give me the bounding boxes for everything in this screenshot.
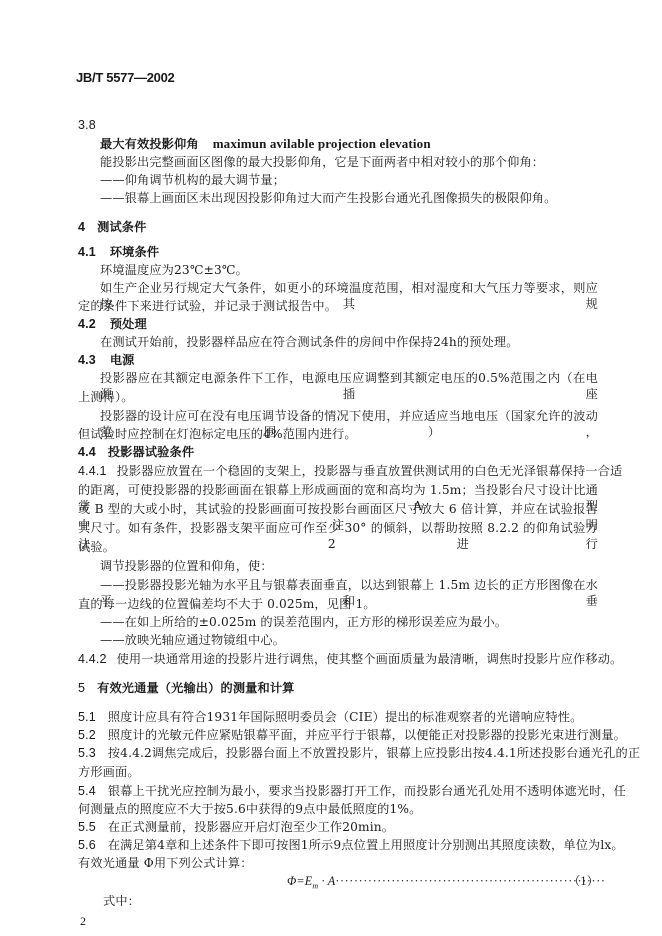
clause-4-4-2: 4.4.2使用一块通常用途的投影片进行调焦，使其整个画面质量为最清晰，调焦时投影…	[78, 651, 622, 667]
term-en: maximun avilable projection elevation	[213, 136, 431, 151]
dash-item: ——放映光轴应通过物镜组中心。	[100, 632, 285, 648]
document-code: JB/T 5577—2002	[76, 70, 174, 86]
formula-leader-dots: ········································…	[335, 874, 605, 888]
page-number: 2	[80, 913, 86, 929]
clause-number: 5.3	[78, 746, 96, 760]
section-title: 测试条件	[97, 220, 146, 234]
paragraph-line: 有效光通量 Φ用下列公式计算：	[78, 855, 253, 871]
dash-item-line: 直的每一边线的位置偏差均不大于 0.025m，见图 1。	[78, 596, 376, 612]
paragraph-line: 上测得）。	[78, 389, 134, 405]
paragraph-line: 银幕上干扰光应控制为最小，要求当投影器打开工作，而投影台通光孔处用不透明体遮光时…	[108, 784, 626, 798]
paragraph: 环境温度应为23℃±3℃。	[100, 262, 248, 278]
clause-5-1: 5.1照度计应具有符合1931年国际照明委员会（CIE）提出的标准观察者的光谱响…	[78, 709, 582, 725]
clause-heading-4-2: 4.2预处理	[78, 316, 147, 332]
clause-title: 电源	[110, 353, 135, 367]
section-title: 有效光通量（光输出）的测量和计算	[97, 681, 294, 695]
dash-item: ——在如上所给的±0.025m 的误差范围内，正方形的梯形误差应为最小。	[100, 614, 507, 630]
paragraph-line: 试验。	[78, 539, 115, 555]
paragraph-line: 何测量点的照度应不大于按5.6中获得的9点中最低照度的1%。	[78, 801, 421, 817]
section-number: 4	[78, 220, 85, 234]
paragraph: 调节投影器的位置和仰角，使：	[100, 558, 273, 574]
paragraph-line: 投影器应放置在一个稳固的支架上，投影器与垂直放置供测试用的白色无光泽银幕保持一合…	[117, 464, 623, 478]
paragraph: 照度计应具有符合1931年国际照明委员会（CIE）提出的标准观察者的光谱响应特性…	[108, 710, 583, 724]
clause-number: 4.1	[78, 245, 96, 259]
clause-5-4: 5.4银幕上干扰光应控制为最小，要求当投影器打开工作，而投影台通光孔处用不透明体…	[78, 783, 626, 799]
paragraph-line: 方形画面。	[78, 764, 140, 780]
clause-heading-4-4: 4.4投影器试验条件	[78, 444, 194, 460]
clause-heading-4-3: 4.3电源	[78, 352, 135, 368]
clause-5-5: 5.5在正式测量前，投影器应开启灯泡至少工作20min。	[78, 819, 394, 835]
paragraph-line: 但试验时应控制在灯泡标定电压的4%范围内进行。	[78, 426, 357, 442]
equation-number: （1）	[568, 873, 599, 889]
paragraph-line: 在满足第4章和上述条件下即可按图1所示9点位置上用照度计分别测出其照度读数，单位…	[108, 838, 624, 852]
clause-5-2: 5.2照度计的光敏元件应紧贴银幕平面，并应平行于银幕，以便能正对投影器的投影光束…	[78, 727, 626, 743]
clause-number: 4.3	[78, 353, 96, 367]
definition-item-1: ——仰角调节机构的最大调节量；	[100, 172, 285, 188]
paragraph-line: 其尺寸。如有条件，投影器支架平面应可作至少 30° 的倾斜，以帮助按照 8.2.…	[78, 520, 598, 552]
term-cn: 最大有效投影仰角	[100, 137, 199, 151]
definition-item-2: ——银幕上画面区未出现因投影仰角过大而产生投影台通光孔图像损失的极限仰角。	[100, 190, 557, 206]
clause-title: 预处理	[110, 317, 147, 331]
clause-number: 4.4.2	[78, 652, 107, 666]
section-heading-4: 4测试条件	[78, 219, 146, 235]
section-number: 5	[78, 681, 85, 695]
where-label: 式中：	[103, 893, 140, 909]
clause-5-6: 5.6在满足第4章和上述条件下即可按图1所示9点位置上用照度计分别测出其照度读数…	[78, 837, 624, 853]
clause-heading-4-1: 4.1环境条件	[78, 244, 159, 260]
clause-5-3: 5.3按4.4.2调焦完成后，投影器台面上不放置投影片，银幕上应投影出按4.4.…	[78, 745, 640, 761]
clause-number: 4.4	[78, 445, 96, 459]
clause-number: 5.5	[78, 820, 96, 834]
clause-number: 5.2	[78, 728, 96, 742]
paragraph-line: 投影器应在其额定电源条件下工作，电源电压应调整到其额定电压的0.5%范围之内（在…	[100, 370, 598, 402]
formula-lhs: Φ=E	[287, 874, 312, 888]
paragraph-line: 按4.4.2调焦完成后，投影器台面上不放置投影片，银幕上应投影出按4.4.1所述…	[108, 746, 640, 760]
clause-number: 4.2	[78, 317, 96, 331]
clause-4-4-1-line-1: 4.4.1投影器应放置在一个稳固的支架上，投影器与垂直放置供测试用的白色无光泽银…	[78, 463, 598, 479]
term-definition: 能投影出完整画面区图像的最大投影仰角，它是下面两者中相对较小的那个仰角：	[100, 154, 544, 170]
clause-title: 环境条件	[110, 245, 159, 259]
paragraph-line: 定的条件下来进行试验，并记录于测试报告中。	[78, 298, 337, 314]
paragraph: 照度计的光敏元件应紧贴银幕平面，并应平行于银幕，以便能正对投影器的投影光束进行测…	[108, 728, 626, 742]
paragraph: 使用一块通常用途的投影片进行调焦，使其整个画面质量为最清晰，调焦时投影片应作移动…	[117, 652, 623, 666]
formula-rhs: · A	[318, 874, 335, 888]
paragraph: 在测试开始前，投影器样品应在符合测试条件的房间中作保持24h的预处理。	[100, 334, 519, 350]
clause-title: 投影器试验条件	[108, 445, 194, 459]
clause-number: 5.6	[78, 838, 96, 852]
formula-1: Φ=Em · A································…	[287, 873, 599, 894]
section-heading-5: 5有效光通量（光输出）的测量和计算	[78, 680, 295, 696]
clause-number: 4.4.1	[78, 464, 107, 478]
clause-number-3-8: 3.8	[78, 117, 96, 133]
clause-number: 5.4	[78, 784, 96, 798]
clause-number: 5.1	[78, 710, 96, 724]
term-heading: 最大有效投影仰角maximun avilable projection elev…	[100, 136, 431, 152]
paragraph: 在正式测量前，投影器应开启灯泡至少工作20min。	[108, 820, 394, 834]
